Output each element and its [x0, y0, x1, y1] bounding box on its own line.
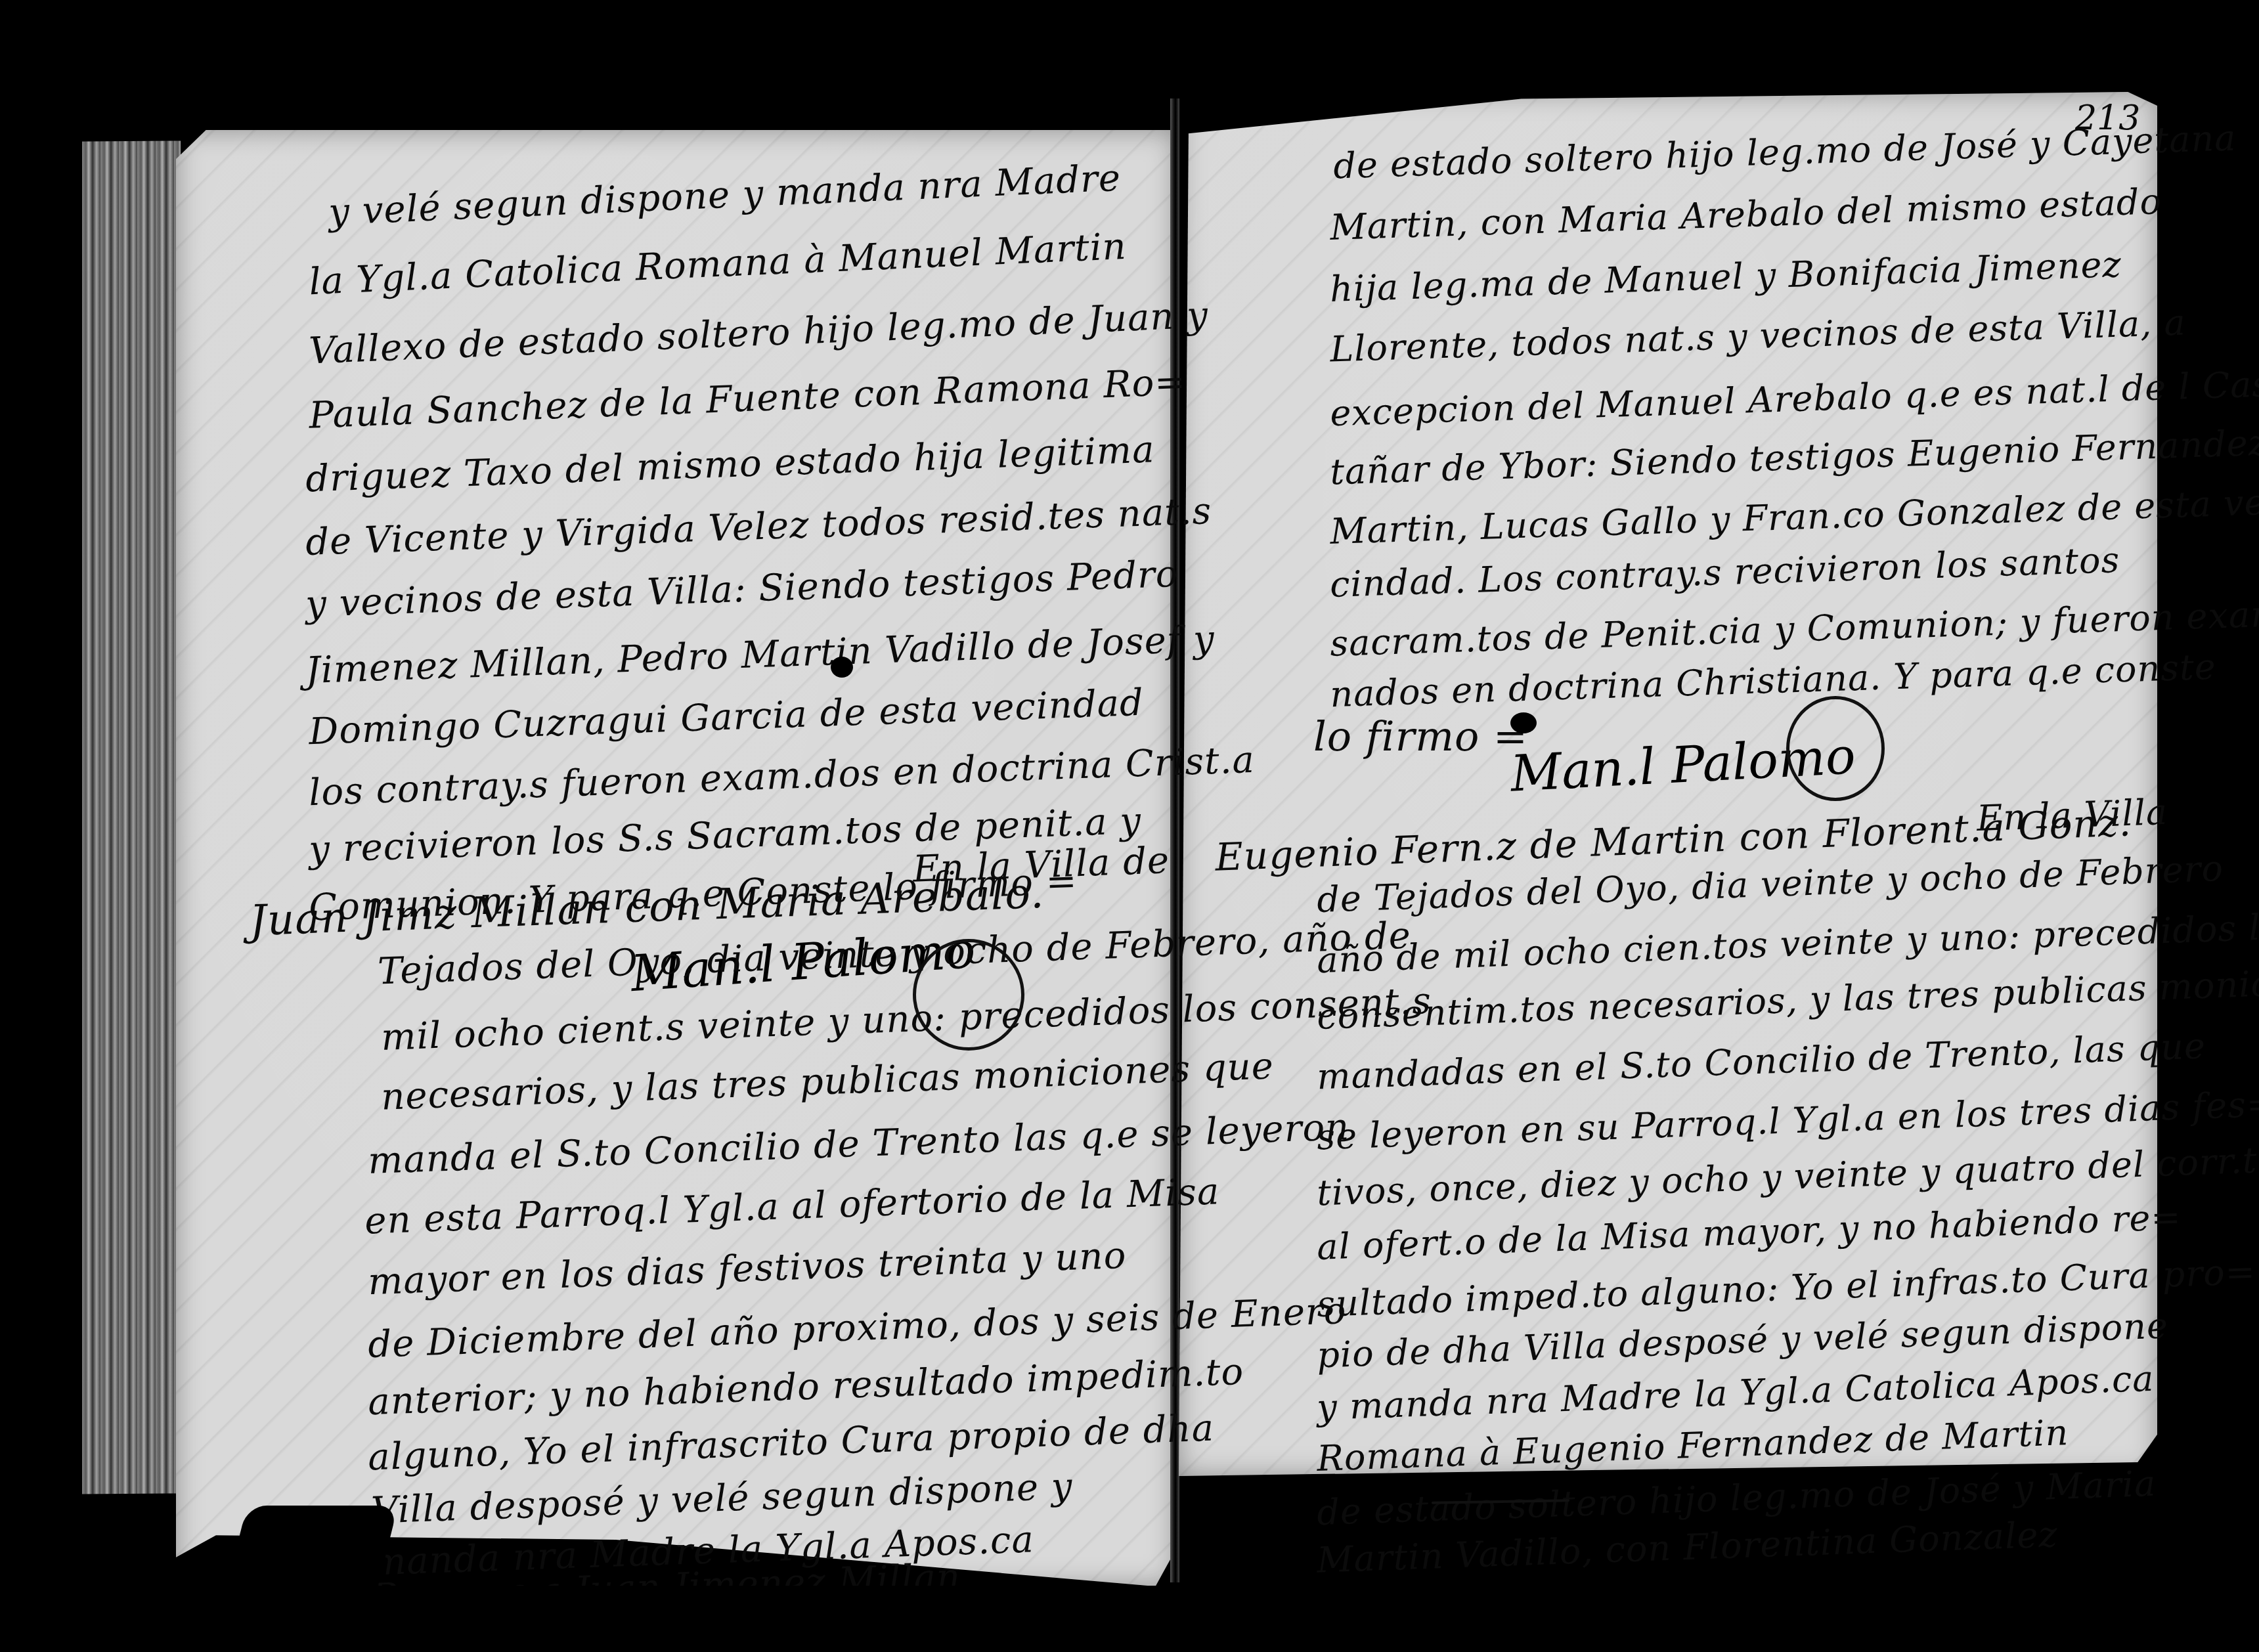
closing-text: lo firmo = [1313, 712, 1528, 760]
text-line: En la Villa [1976, 794, 2168, 837]
scan-bottom-border [0, 1586, 2259, 1652]
ink-blot [831, 657, 853, 678]
ink-blot [1510, 712, 1537, 733]
scanned-book-spread: 213 y velé segun dispone y manda nra Mad… [0, 0, 2259, 1652]
stacked-page-edges [82, 141, 181, 1494]
text-line: En la Villa de [912, 842, 1170, 888]
thumb-shadow [226, 1506, 398, 1591]
signature-rubric [1786, 696, 1885, 801]
